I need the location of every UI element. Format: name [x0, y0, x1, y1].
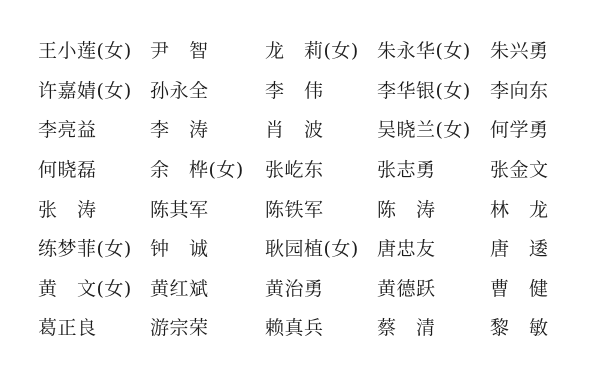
- name-cell: 黄治勇: [265, 274, 377, 301]
- name-cell: 唐忠友: [377, 234, 490, 261]
- name-row: 葛正良游宗荣赖真兵蔡 清黎 敏: [38, 307, 600, 347]
- name-cell: 张志勇: [377, 155, 490, 182]
- name-cell: 孙永全: [150, 76, 265, 103]
- name-cell: 张屹东: [265, 155, 377, 182]
- name-cell: 肖 波: [265, 115, 377, 142]
- name-row: 李亮益李 涛肖 波吴晓兰(女)何学勇: [38, 109, 600, 149]
- name-cell: 尹 智: [150, 36, 265, 63]
- name-cell: 李华银(女): [377, 76, 490, 103]
- name-cell: 陈其军: [150, 195, 265, 222]
- name-row: 练梦菲(女)钟 诚耿园植(女)唐忠友唐 逶: [38, 228, 600, 268]
- name-cell: 龙 莉(女): [265, 36, 377, 63]
- name-cell: 吴晓兰(女): [377, 115, 490, 142]
- name-row: 黄 文(女)黄红斌黄治勇黄德跃曹 健: [38, 268, 600, 308]
- name-row: 王小莲(女)尹 智龙 莉(女)朱永华(女)朱兴勇: [38, 30, 600, 70]
- name-cell: 陈 涛: [377, 195, 490, 222]
- name-list-page: 王小莲(女)尹 智龙 莉(女)朱永华(女)朱兴勇许嘉婧(女)孙永全李 伟李华银(…: [0, 0, 600, 366]
- name-cell: 余 桦(女): [150, 155, 265, 182]
- name-cell: 张 涛: [38, 195, 150, 222]
- name-cell: 李 伟: [265, 76, 377, 103]
- name-cell: 陈铁军: [265, 195, 377, 222]
- name-cell: 林 龙: [490, 195, 549, 222]
- name-row: 许嘉婧(女)孙永全李 伟李华银(女)李向东: [38, 70, 600, 110]
- name-cell: 何晓磊: [38, 155, 150, 182]
- name-cell: 黎 敏: [490, 313, 549, 340]
- name-cell: 练梦菲(女): [38, 234, 150, 261]
- name-cell: 赖真兵: [265, 313, 377, 340]
- name-cell: 朱永华(女): [377, 36, 490, 63]
- name-cell: 蔡 清: [377, 313, 490, 340]
- name-cell: 唐 逶: [490, 234, 549, 261]
- name-grid: 王小莲(女)尹 智龙 莉(女)朱永华(女)朱兴勇许嘉婧(女)孙永全李 伟李华银(…: [38, 30, 600, 347]
- name-cell: 葛正良: [38, 313, 150, 340]
- name-cell: 游宗荣: [150, 313, 265, 340]
- name-cell: 李 涛: [150, 115, 265, 142]
- name-cell: 黄 文(女): [38, 274, 150, 301]
- name-cell: 张金文: [490, 155, 549, 182]
- name-cell: 曹 健: [490, 274, 549, 301]
- name-cell: 王小莲(女): [38, 36, 150, 63]
- name-cell: 钟 诚: [150, 234, 265, 261]
- name-cell: 朱兴勇: [490, 36, 549, 63]
- name-cell: 黄德跃: [377, 274, 490, 301]
- name-cell: 黄红斌: [150, 274, 265, 301]
- name-row: 何晓磊余 桦(女)张屹东张志勇张金文: [38, 149, 600, 189]
- name-row: 张 涛陈其军陈铁军陈 涛林 龙: [38, 188, 600, 228]
- name-cell: 李向东: [490, 76, 549, 103]
- name-cell: 李亮益: [38, 115, 150, 142]
- name-cell: 何学勇: [490, 115, 549, 142]
- name-cell: 许嘉婧(女): [38, 76, 150, 103]
- name-cell: 耿园植(女): [265, 234, 377, 261]
